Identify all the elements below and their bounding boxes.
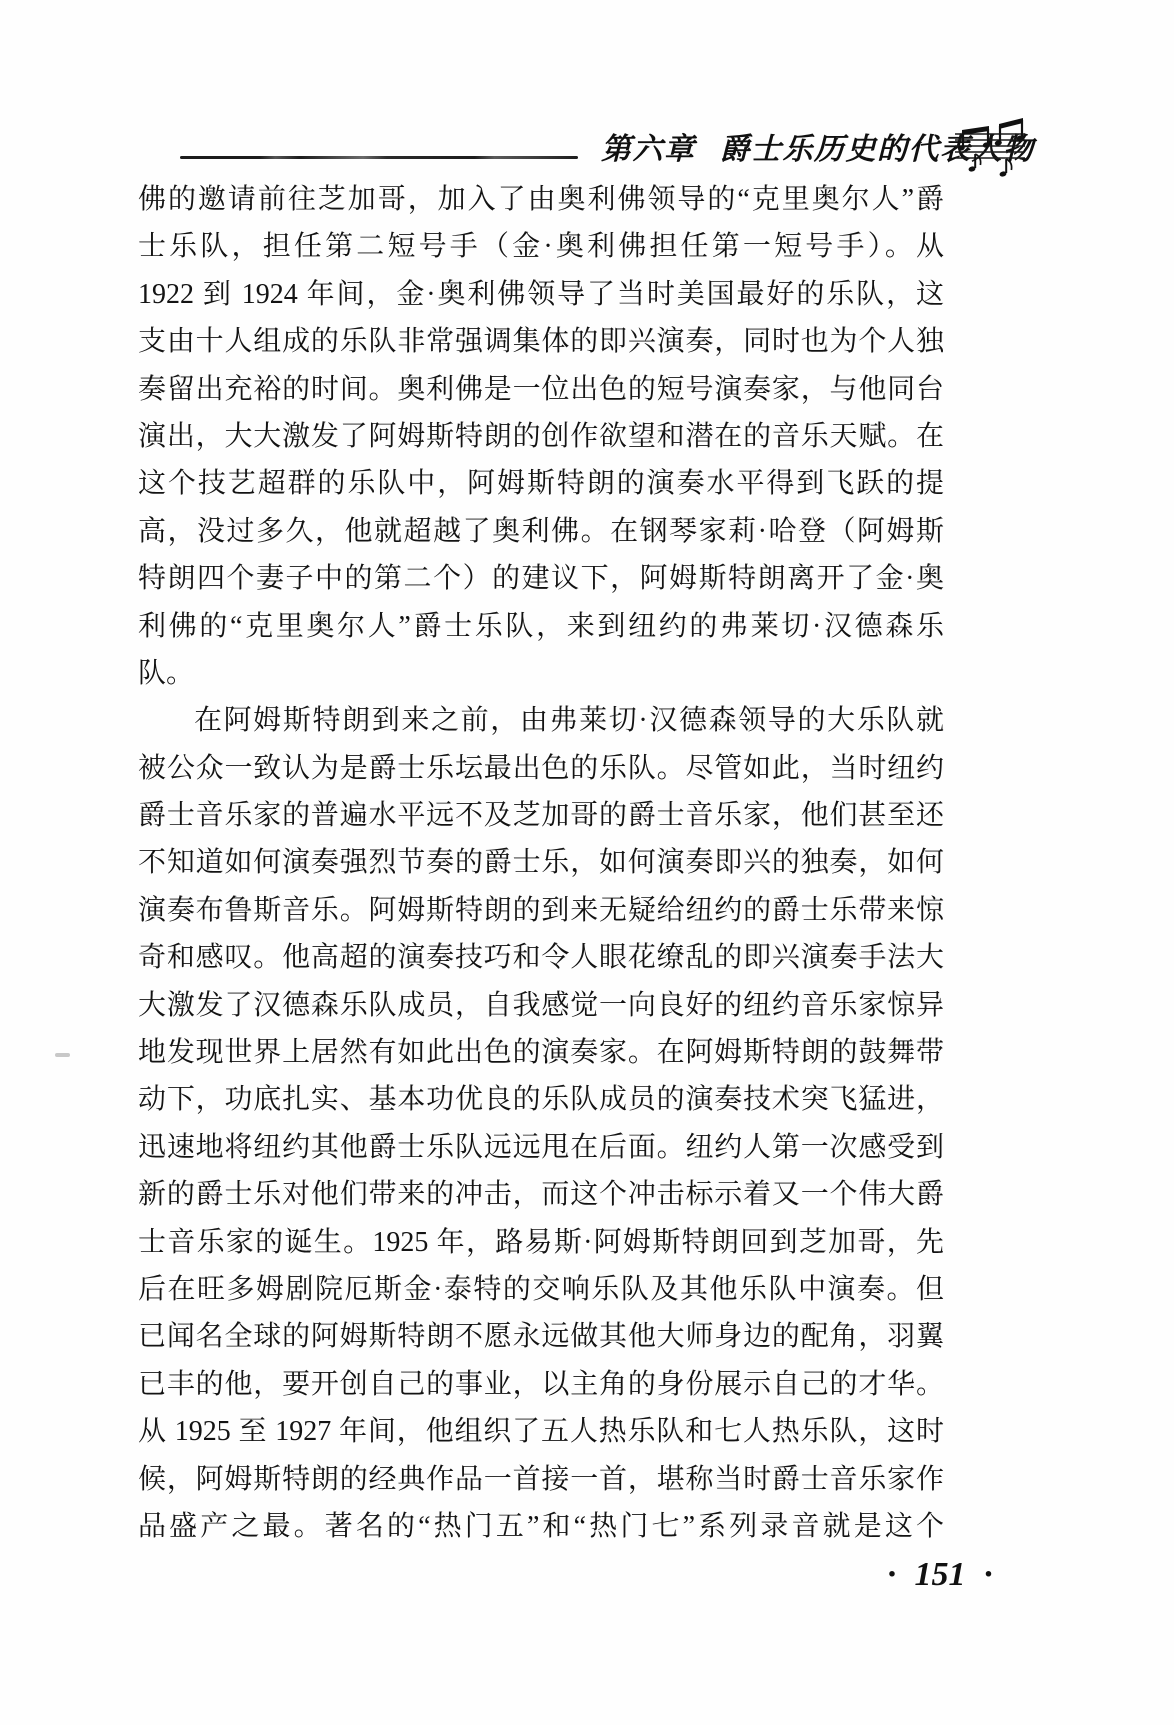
text-line: 利佛的“克里奥尔人”爵士乐队，来到纽约的弗莱切·汉德森乐 [138,603,944,650]
text-line: 特朗四个妻子中的第二个）的建议下，阿姆斯特朗离开了金·奥 [138,555,944,602]
text-line: 从 1925 至 1927 年间，他组织了五人热乐队和七人热乐队，这时 [138,1408,944,1455]
text-line: 佛的邀请前往芝加哥，加入了由奥利佛领导的“克里奥尔人”爵 [138,176,944,223]
text-line: 动下，功底扎实、基本功优良的乐队成员的演奏技术突飞猛进， [138,1076,944,1123]
book-page: 第六章爵士乐历史的代表人物 佛的邀请前往芝加哥，加入了由奥利佛领导的“克里奥尔人… [0,0,1174,1725]
text-line: 演奏布鲁斯音乐。阿姆斯特朗的到来无疑给纽约的爵士乐带来惊 [138,887,944,934]
text-line: 爵士音乐家的普遍水平远不及芝加哥的爵士音乐家，他们甚至还 [138,792,944,839]
header-rule [180,156,578,159]
paragraph: 在阿姆斯特朗到来之前，由弗莱切·汉德森领导的大乐队就被公众一致认为是爵士乐坛最出… [138,697,944,1550]
text-line: 大激发了汉德森乐队成员，自我感觉一向良好的纽约音乐家惊异 [138,982,944,1029]
text-line: 这个技艺超群的乐队中，阿姆斯特朗的演奏水平得到飞跃的提 [138,460,944,507]
paragraph: 佛的邀请前往芝加哥，加入了由奥利佛领导的“克里奥尔人”爵士乐队，担任第二短号手（… [138,176,944,697]
scan-speck [55,1053,70,1057]
text-line: 新的爵士乐对他们带来的冲击，而这个冲击标示着又一个伟大爵 [138,1171,944,1218]
text-line: 迅速地将纽约其他爵士乐队远远甩在后面。纽约人第一次感受到 [138,1124,944,1171]
text-line: 已闻名全球的阿姆斯特朗不愿永远做其他大师身边的配角，羽翼 [138,1313,944,1360]
text-line: 队。 [138,650,944,697]
text-line: 品盛产之最。著名的“热门五”和“热门七”系列录音就是这个 [138,1503,944,1550]
text-line: 已丰的他，要开创自己的事业，以主角的身份展示自己的才华。 [138,1361,944,1408]
text-line: 地发现世界上居然有如此出色的演奏家。在阿姆斯特朗的鼓舞带 [138,1029,944,1076]
text-line: 后在旺多姆剧院厄斯金·泰特的交响乐队及其他乐队中演奏。但 [138,1266,944,1313]
text-line: 演出，大大激发了阿姆斯特朗的创作欲望和潜在的音乐天赋。在 [138,413,944,460]
text-line: 被公众一致认为是爵士乐坛最出色的乐队。尽管如此，当时纽约 [138,745,944,792]
text-line: 1922 到 1924 年间，金·奥利佛领导了当时美国最好的乐队，这 [138,271,944,318]
text-line: 高，没过多久，他就超越了奥利佛。在钢琴家莉·哈登（阿姆斯 [138,508,944,555]
text-line: 奇和感叹。他高超的演奏技巧和令人眼花缭乱的即兴演奏手法大 [138,934,944,981]
text-line: 不知道如何演奏强烈节奏的爵士乐，如何演奏即兴的独奏，如何 [138,839,944,886]
text-line: 支由十人组成的乐队非常强调集体的即兴演奏，同时也为个人独 [138,318,944,365]
text-line: 士乐队，担任第二短号手（金·奥利佛担任第一短号手）。从 [138,223,944,270]
chapter-number: 第六章 [601,133,696,166]
text-line: 候，阿姆斯特朗的经典作品一首接一首，堪称当时爵士音乐家作 [138,1456,944,1503]
page-number: · 151 · [860,1556,1020,1594]
text-line: 在阿姆斯特朗到来之前，由弗莱切·汉德森领导的大乐队就 [138,697,944,744]
music-staff-icon [953,116,1027,182]
text-line: 士音乐家的诞生。1925 年，路易斯·阿姆斯特朗回到芝加哥，先 [138,1219,944,1266]
body-text: 佛的邀请前往芝加哥，加入了由奥利佛领导的“克里奥尔人”爵士乐队，担任第二短号手（… [138,176,944,1550]
text-line: 奏留出充裕的时间。奥利佛是一位出色的短号演奏家，与他同台 [138,366,944,413]
